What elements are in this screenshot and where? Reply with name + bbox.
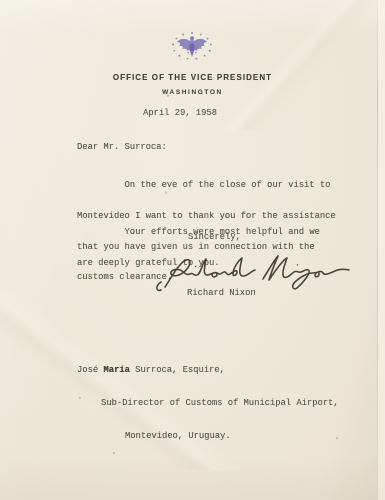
typed-signature-name: Richard Nixon [187, 288, 256, 298]
recipient-title: Sub-Director of Customs of Municipal Air… [101, 398, 339, 409]
recipient-location: Montevideo, Uruguay. [125, 431, 339, 442]
paper-speck [113, 452, 115, 454]
letterhead-stray-mark: * [163, 95, 173, 103]
letterhead-office-title: OFFICE OF THE VICE PRESIDENT [0, 73, 385, 82]
vice-president-eagle-seal-icon [170, 30, 214, 66]
salutation: Dear Mr. Surroca: [77, 142, 167, 152]
closing: Sincerely, [188, 232, 241, 242]
letterhead-city: WASHINGTON [0, 89, 385, 96]
recipient-name: José María Surroca, Esquire, [77, 365, 339, 376]
recipient-block: José María Surroca, Esquire, Sub-Directo… [77, 343, 339, 464]
paper-speck [336, 437, 338, 439]
body-line: On the eve of the close of our visit to [77, 180, 336, 190]
recipient-name-first: José [77, 365, 103, 375]
stray-mark-after-paragraph-1: " [164, 192, 168, 200]
letter-page: OFFICE OF THE VICE PRESIDENT WASHINGTON … [0, 0, 385, 500]
stray-mark-after-paragraph-2: " [224, 216, 228, 224]
paper-speck [79, 397, 81, 399]
recipient-name-retyped: María [103, 365, 129, 375]
date-line: April 29, 1958 [143, 108, 217, 118]
recipient-name-rest: Surroca, Esquire, [130, 365, 225, 375]
